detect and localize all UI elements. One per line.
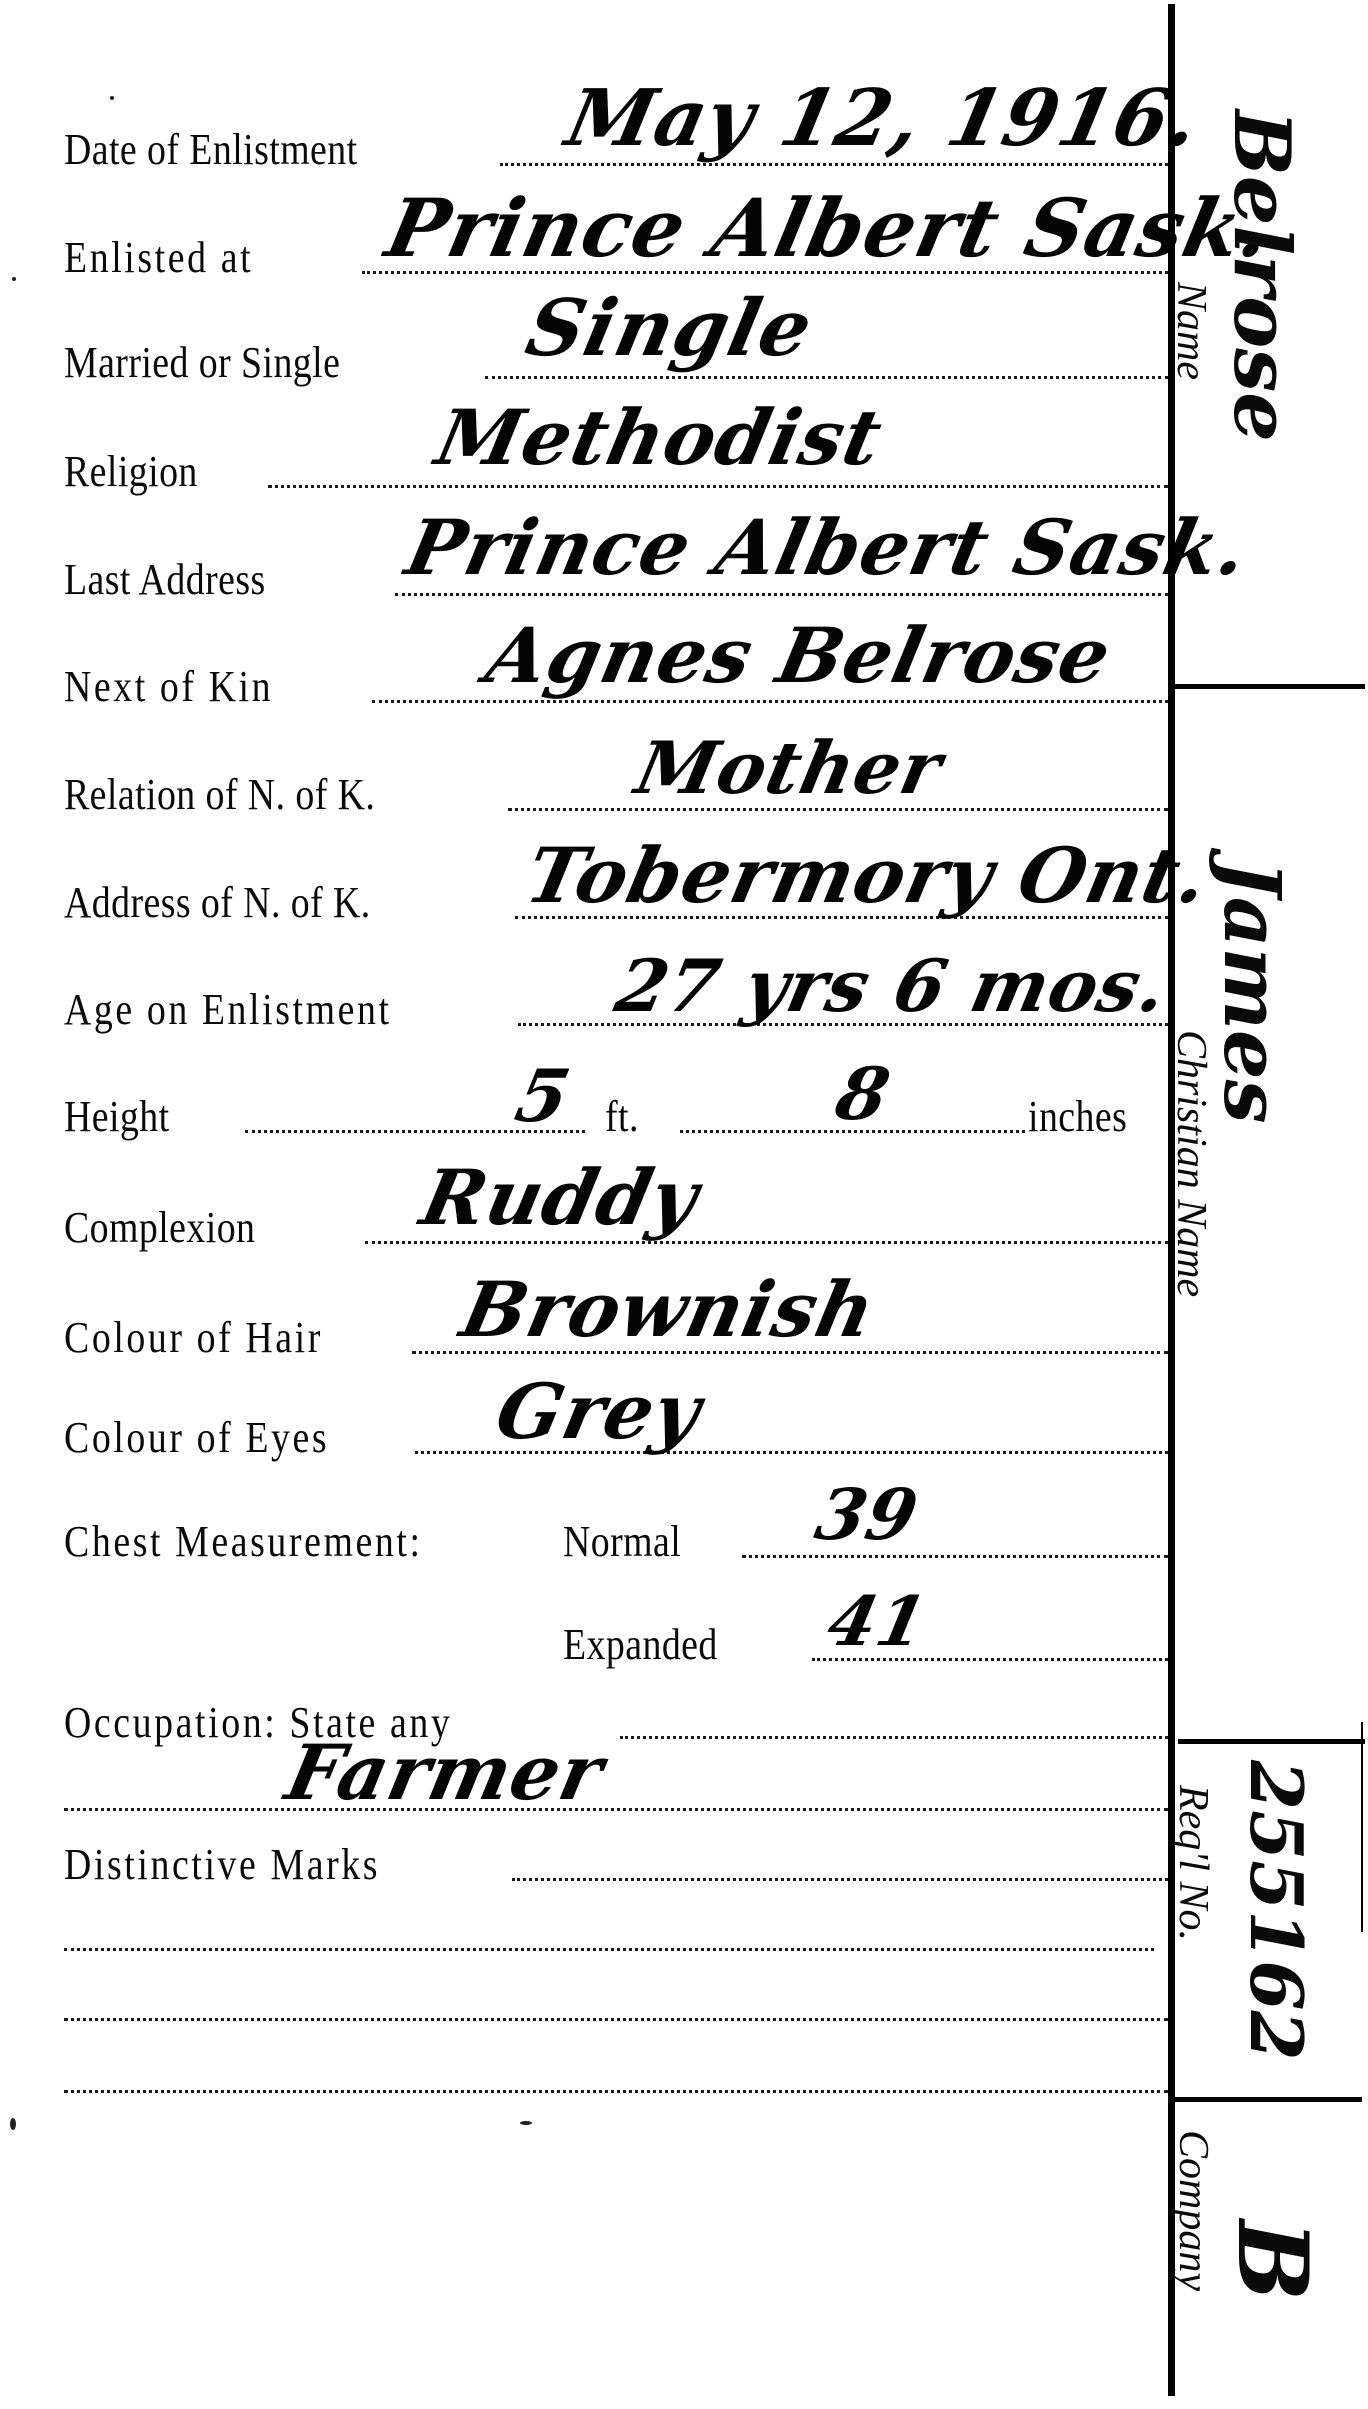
scan-speck	[110, 96, 114, 100]
handwritten-value: Methodist	[430, 400, 889, 476]
field-label: Last Address	[64, 558, 266, 602]
handwritten-expanded-value: 41	[822, 1588, 933, 1656]
handwritten-value: Ruddy	[415, 1160, 705, 1236]
fill-line-3	[64, 2018, 1168, 2021]
fill-line	[620, 1736, 1168, 1739]
field-label: Distinctive Marks	[64, 1843, 380, 1887]
handwritten-feet-value: 5	[510, 1060, 576, 1132]
handwritten-value: Mother	[630, 732, 948, 804]
company-label: Company	[1172, 2130, 1214, 2291]
field-label: Relation of N. of K.	[64, 773, 375, 817]
field-label: Date of Enlistment	[64, 128, 358, 172]
field-label: Religion	[64, 450, 198, 494]
attestation-card: Date of Enlistment May 12, 1916. Enliste…	[0, 0, 1368, 2409]
field-label: Address of N. of K.	[64, 881, 371, 925]
expanded-label: Expanded	[563, 1623, 718, 1667]
handwritten-regimental-number: 255162	[1240, 1760, 1312, 2061]
scan-speck	[10, 2118, 16, 2130]
handwritten-value: Prince Albert Sask.	[400, 510, 1255, 586]
handwritten-surname: Belrose	[1222, 110, 1300, 442]
handwritten-inches-value: 8	[830, 1058, 896, 1130]
handwritten-normal-value: 39	[810, 1480, 924, 1550]
handwritten-value: Brownish	[455, 1272, 882, 1348]
handwritten-value: Grey	[490, 1374, 708, 1450]
field-label: Married or Single	[64, 341, 340, 385]
fill-line-2	[64, 1948, 1154, 1951]
name-label: Name	[1170, 282, 1212, 380]
regimental-number-label: Req'l No.	[1172, 1785, 1214, 1941]
handwritten-value: Prince Albert Sask.	[380, 188, 1279, 268]
inches-unit-label: inches	[1028, 1095, 1127, 1139]
fill-line	[742, 1555, 1168, 1558]
normal-label: Normal	[563, 1520, 681, 1564]
fill-line	[372, 700, 1168, 703]
field-label: Age on Enlistment	[64, 988, 392, 1032]
handwritten-value: May 12, 1916.	[560, 80, 1206, 158]
field-label: Next of Kin	[64, 665, 273, 709]
fill-line	[395, 593, 1168, 596]
field-label: Height	[64, 1095, 170, 1139]
handwritten-christian-name: James	[1212, 860, 1290, 1124]
fill-line-4	[64, 2090, 1168, 2093]
field-label: Colour of Eyes	[64, 1416, 329, 1460]
chest-label: Chest Measurement:	[64, 1520, 423, 1564]
regimental-number-edge	[1361, 1722, 1363, 1932]
regimental-number-section-divider	[1170, 2097, 1362, 2102]
scan-speck	[12, 277, 16, 281]
fill-line	[512, 1878, 1168, 1881]
handwritten-company: B	[1224, 2220, 1320, 2301]
scan-speck	[520, 2121, 532, 2125]
handwritten-value: Farmer	[280, 1735, 610, 1811]
christian-name-section-divider	[1178, 1739, 1365, 1744]
fill-line-2	[64, 1808, 1168, 1811]
handwritten-value: Single	[520, 290, 819, 368]
fill-line	[485, 376, 1168, 379]
field-label: Complexion	[64, 1206, 255, 1250]
field-label: Colour of Hair	[64, 1316, 323, 1360]
feet-unit-label: ft.	[605, 1095, 639, 1139]
fill-line	[268, 485, 1168, 488]
name-section-divider	[1175, 684, 1365, 689]
handwritten-value: Tobermory Ont.	[520, 838, 1215, 914]
field-label: Enlisted at	[64, 236, 253, 280]
handwritten-value: Agnes Belrose	[480, 618, 1117, 694]
handwritten-value: 27 yrs 6 mos.	[610, 950, 1174, 1022]
